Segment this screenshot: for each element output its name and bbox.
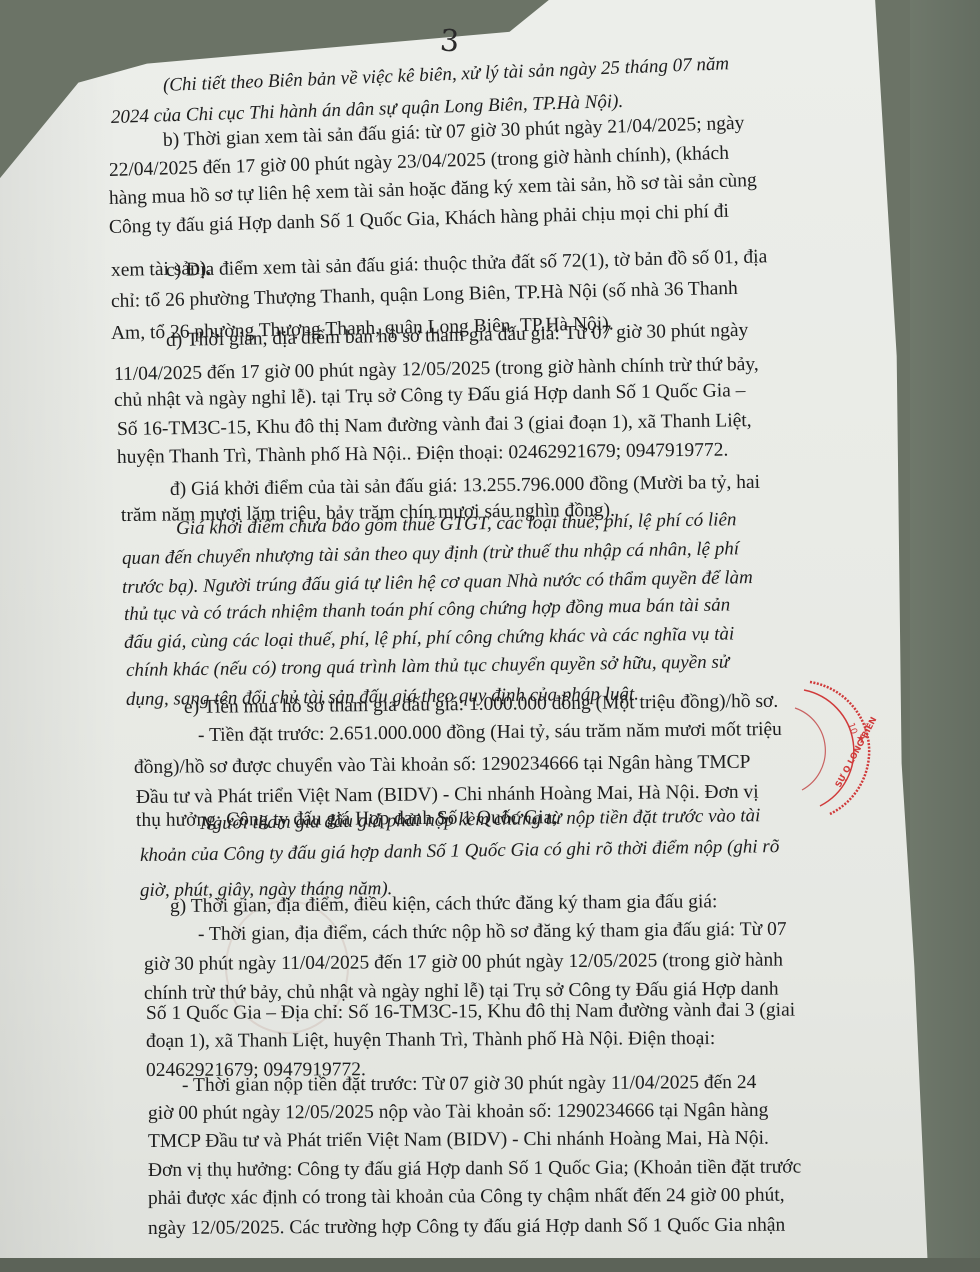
- text-line: Đơn vị thụ hưởng: Công ty đấu giá Hợp da…: [148, 1157, 801, 1182]
- text-line: Số 1 Quốc Gia – Địa chỉ: Số 16-TM3C-15, …: [146, 1000, 795, 1025]
- text-line: đoạn 1), xã Thanh Liệt, huyện Thanh Trì,…: [146, 1028, 715, 1053]
- background-strip: [0, 1258, 980, 1272]
- text-line: ngày 12/05/2025. Các trường hợp Công ty …: [148, 1215, 785, 1240]
- text-line: - Thời gian nộp tiền đặt trước: Từ 07 gi…: [182, 1072, 756, 1097]
- background-surface: [910, 0, 980, 1272]
- text-line: giờ 00 phút ngày 12/05/2025 nộp vào Tài …: [148, 1100, 768, 1125]
- text-line: TMCP Đầu tư và Phát triển Việt Nam (BIDV…: [148, 1128, 769, 1153]
- text-line: phải được xác định có trong tài khoản củ…: [148, 1185, 785, 1210]
- text-line: giờ 30 phút ngày 11/04/2025 đến 17 giờ 0…: [144, 950, 783, 976]
- page-number: 3: [439, 23, 460, 59]
